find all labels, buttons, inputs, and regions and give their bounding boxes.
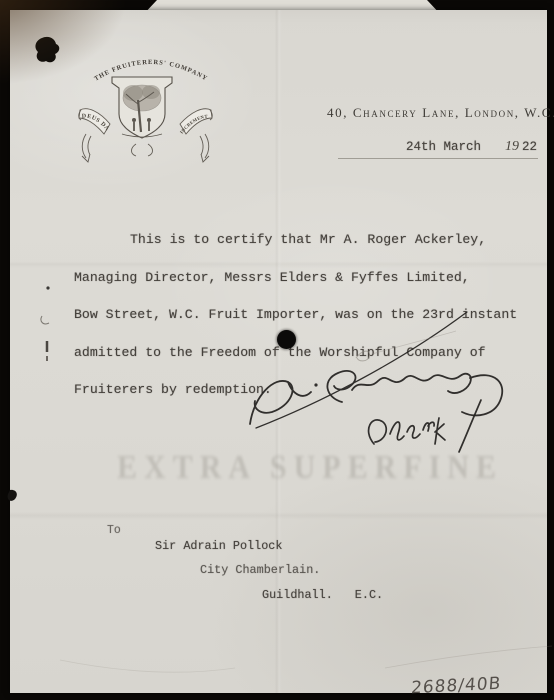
body-line: Fruiterers by redemption.	[74, 371, 526, 409]
recipient-place: Guildhall.	[262, 588, 333, 602]
date-underline	[338, 158, 538, 159]
crest-ribbon-left: DEUS DAT	[78, 48, 110, 162]
reference-number: 2688/40B	[410, 674, 502, 699]
date-line: 24th March1922	[406, 139, 537, 155]
year-prefix-printed: 19	[505, 139, 519, 154]
body-line: This is to certify that Mr A. Roger Acke…	[74, 221, 526, 259]
letterhead-address: 40, Chancery Lane, London, W.C.2.	[327, 105, 554, 121]
body-line: Managing Director, Messrs Elders & Fyffe…	[74, 259, 526, 297]
crest-centre-curls	[132, 144, 153, 156]
punch-hole	[277, 330, 296, 349]
bleedthrough-text: EXTRA SUPERFINE	[82, 449, 538, 487]
year-typed: 22	[522, 140, 537, 154]
scanned-letter: THE FRUITERERS' COMPANY	[0, 0, 554, 700]
recipient-name: Sir Adrain Pollock	[155, 539, 282, 553]
recipient-district: E.C.	[355, 588, 383, 602]
fruiterers-company-crest: THE FRUITERERS' COMPANY	[78, 48, 228, 186]
recipient-place-line: Guildhall.E.C.	[262, 588, 383, 602]
body-line: admitted to the Freedom of the Worshipfu…	[74, 334, 526, 372]
recipient-title: City Chamberlain.	[200, 563, 320, 577]
date-typed: 24th March	[406, 140, 481, 154]
body-line: Bow Street, W.C. Fruit Importer, was on …	[74, 296, 526, 334]
letter-paper: THE FRUITERERS' COMPANY	[10, 10, 547, 693]
certification-paragraph: This is to certify that Mr A. Roger Acke…	[74, 221, 526, 409]
recipient-to-label: To	[107, 524, 121, 537]
